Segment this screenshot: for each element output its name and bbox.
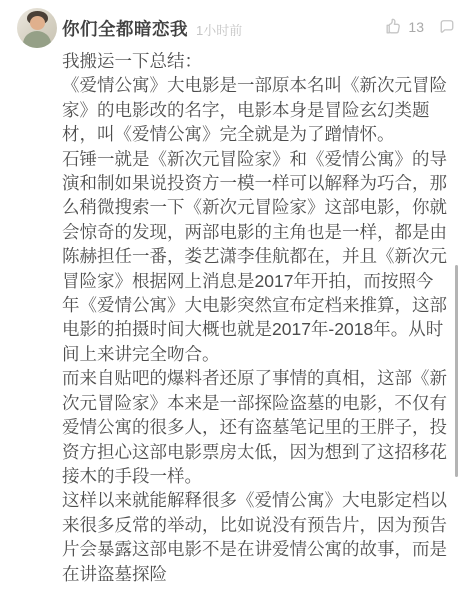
like-count: 13 <box>408 19 424 35</box>
post-paragraph: 而来自贴吧的爆料者还原了事情的真相，这部《新次元冒险家》本来是一部探险盗墓的电影… <box>62 366 449 488</box>
thumbs-up-icon <box>384 17 403 36</box>
author-name[interactable]: 你们全都暗恋我 <box>62 16 188 41</box>
avatar[interactable] <box>17 8 57 48</box>
comment-button[interactable] <box>437 17 457 36</box>
speech-bubble-icon <box>437 17 457 36</box>
action-bar: 13 <box>384 17 457 36</box>
comment-card: 你们全都暗恋我 1小时前 13 我搬运一下总结： 《爱情公寓》大电影是一部原本名… <box>0 0 462 600</box>
post-paragraph: 《爱情公寓》大电影是一部原本名叫《新次元冒险家》的电影改的名字，电影本身是冒险玄… <box>62 73 449 146</box>
like-button[interactable]: 13 <box>384 17 424 36</box>
post-paragraph: 我搬运一下总结： <box>62 49 449 73</box>
avatar-clothes <box>23 31 51 48</box>
timestamp: 1小时前 <box>196 20 242 39</box>
post-header: 你们全都暗恋我 1小时前 <box>62 16 242 41</box>
avatar-face <box>30 16 45 30</box>
scrollbar-thumb[interactable] <box>455 265 458 477</box>
post-paragraph: 石锤一就是《新次元冒险家》和《爱情公寓》的导演和制如果说投资方一模一样可以解释为… <box>62 147 449 367</box>
post-body: 我搬运一下总结： 《爱情公寓》大电影是一部原本名叫《新次元冒险家》的电影改的名字… <box>62 49 449 586</box>
post-paragraph: 这样以来就能解释很多《爱情公寓》大电影定档以来很多反常的举动，比如说没有预告片，… <box>62 488 449 586</box>
